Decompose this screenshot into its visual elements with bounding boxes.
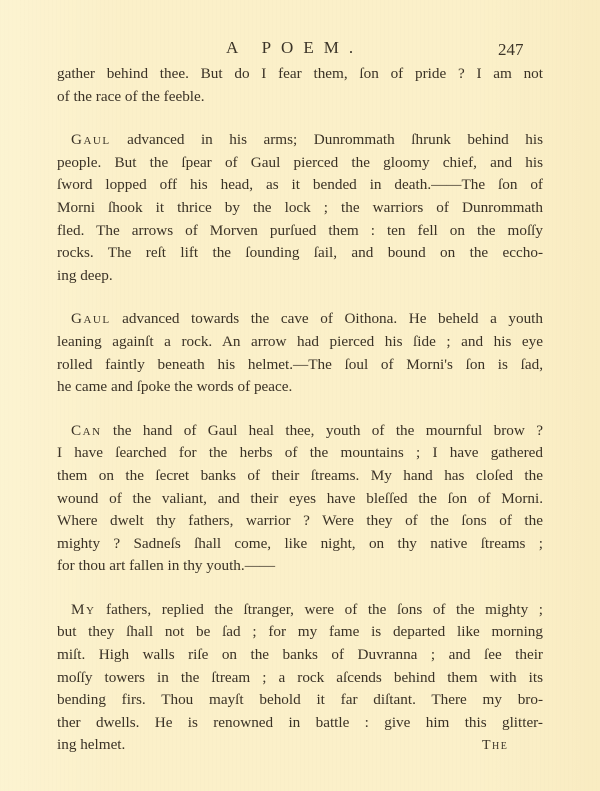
text-line-rest: the hand of Gaul heal thee, youth of the… <box>102 422 543 439</box>
text-line: My fathers, replied the ſtranger, were o… <box>57 599 543 622</box>
paragraph-gap <box>57 108 543 129</box>
text-line: but they ſhall not be ſad ; for my fame … <box>57 621 543 644</box>
text-line: of the race of the feeble. <box>57 86 543 109</box>
text-line: them on the ſecret banks of their ſtream… <box>57 465 543 488</box>
text-line-rest: fathers, replied the ſtranger, were of t… <box>95 601 543 618</box>
running-head: A POEM. 247 <box>0 38 600 62</box>
paragraph-can-the-hand: Can the hand of Gaul heal thee, youth of… <box>57 420 543 578</box>
text-line: Where dwelt thy fathers, warrior ? Were … <box>57 510 543 533</box>
paragraph-lead-word: My <box>71 601 95 618</box>
text-line: leaning againſt a rock. An arrow had pie… <box>57 331 543 354</box>
paragraph-gap <box>57 578 543 599</box>
text-line: gather behind thee. But do I fear them, … <box>57 63 543 86</box>
paragraph-gaul-advanced-cave: Gaul advanced towards the cave of Oithon… <box>57 308 543 398</box>
paragraph-lead-word: Gaul <box>71 310 111 327</box>
text-line: ing deep. <box>57 265 543 288</box>
catchword: The <box>482 738 508 754</box>
text-line: bending firs. Thou mayſt behold it far d… <box>57 689 543 712</box>
text-line: ther dwells. He is renowned in battle : … <box>57 712 543 735</box>
text-line: he came and ſpoke the words of peace. <box>57 376 543 399</box>
paragraph-lead-word: Can <box>71 422 102 439</box>
running-title: A POEM. <box>226 38 363 58</box>
paragraph-gap <box>57 399 543 420</box>
text-line: Gaul advanced towards the cave of Oithon… <box>57 308 543 331</box>
paragraph-continuation: gather behind thee. But do I fear them, … <box>57 63 543 108</box>
paragraph-gaul-advanced-arms: Gaul advanced in his arms; Dunrommath ſh… <box>57 129 543 287</box>
text-line: people. But the ſpear of Gaul pierced th… <box>57 152 543 175</box>
text-line: mighty ? Sadneſs ſhall come, like night,… <box>57 533 543 556</box>
text-line-rest: advanced in his arms; Dunrommath ſhrunk … <box>111 131 543 148</box>
page-number: 247 <box>498 40 524 60</box>
text-line: fled. The arrows of Morven purſued them … <box>57 220 543 243</box>
text-line: ſword lopped off his head, as it bended … <box>57 174 543 197</box>
text-line: rolled faintly beneath his helmet.—The ſ… <box>57 354 543 377</box>
text-line: ing helmet. <box>57 734 543 757</box>
text-line: rocks. The reſt lift the ſounding ſail, … <box>57 242 543 265</box>
text-line: Morni ſhook it thrice by the lock ; the … <box>57 197 543 220</box>
text-line: Can the hand of Gaul heal thee, youth of… <box>57 420 543 443</box>
text-line: moſſy towers in the ſtream ; a rock aſce… <box>57 667 543 690</box>
book-page: A POEM. 247 gather behind thee. But do I… <box>0 0 600 791</box>
paragraph-gap <box>57 287 543 308</box>
text-line: Gaul advanced in his arms; Dunrommath ſh… <box>57 129 543 152</box>
text-line: miſt. High walls riſe on the banks of Du… <box>57 644 543 667</box>
paragraph-lead-word: Gaul <box>71 131 111 148</box>
paragraph-my-fathers: My fathers, replied the ſtranger, were o… <box>57 599 543 757</box>
text-line: for thou art fallen in thy youth.—— <box>57 555 543 578</box>
text-line-rest: advanced towards the cave of Oithona. He… <box>111 310 543 327</box>
text-line: I have ſearched for the herbs of the mou… <box>57 442 543 465</box>
text-line: wound of the valiant, and their eyes hav… <box>57 488 543 511</box>
body-text: gather behind thee. But do I fear them, … <box>57 63 543 757</box>
